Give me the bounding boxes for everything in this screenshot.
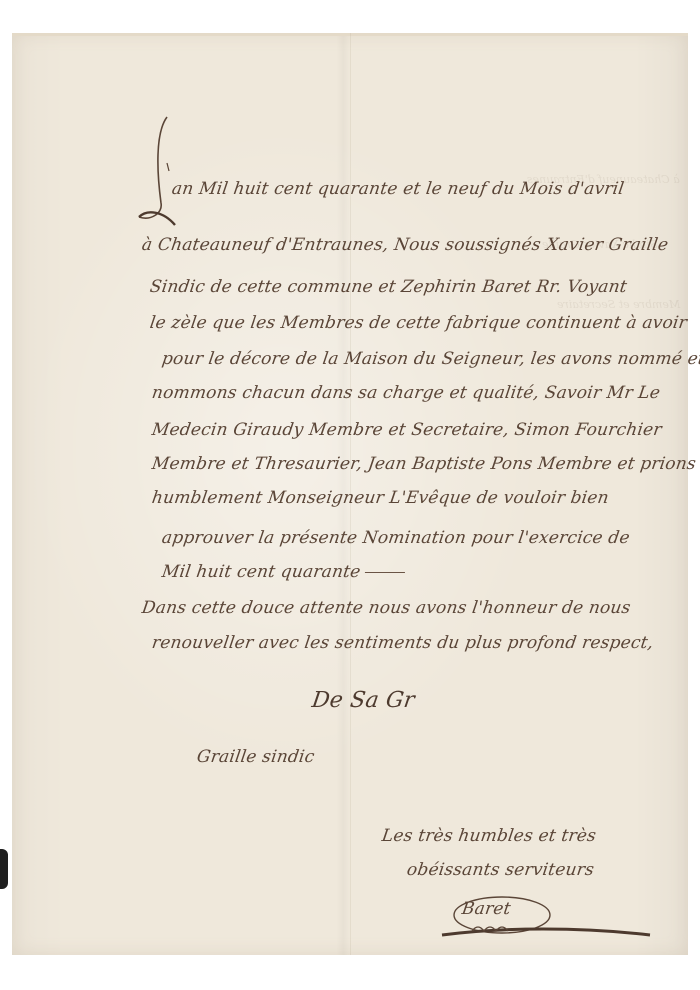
body-line-11-text: Mil huit cent quarante (161, 562, 362, 582)
body-line-2: à Chateauneuf d'Entraunes, Nous soussign… (141, 235, 670, 255)
left-signature: Graille sindic (196, 747, 316, 767)
body-line-7: Medecin Giraudy Membre et Secretaire, Si… (151, 420, 663, 440)
drop-cap-flourish-icon (137, 113, 177, 233)
salutation: De Sa Gr (310, 688, 416, 713)
right-closing-line-2: obéissants serviteurs (406, 860, 596, 880)
bleed-through-text: Membre et Secretaire (557, 298, 680, 311)
line-end-dash (364, 572, 404, 573)
body-line-10: approuver la présente Nomination pour l'… (161, 528, 632, 548)
body-line-8: Membre et Thresaurier, Jean Baptiste Pon… (151, 454, 698, 474)
scan-stain (0, 849, 8, 889)
right-signature: Baret (461, 899, 512, 919)
body-line-5: pour le décore de la Maison du Seigneur,… (161, 349, 700, 369)
closing-line-2: renouveller avec les sentiments du plus … (151, 633, 655, 653)
body-line-11: Mil huit cent quarante (161, 562, 406, 582)
body-line-9: humblement Monseigneur L'Evêque de voulo… (151, 488, 611, 508)
body-line-1: an Mil huit cent quarante et le neuf du … (171, 179, 626, 199)
body-line-4: le zèle que les Membres de cette fabriqu… (149, 313, 689, 333)
body-line-3: Sindic de cette commune et Zephirin Bare… (149, 277, 629, 297)
closing-line-1: Dans cette douce attente nous avons l'ho… (141, 598, 632, 618)
document-page: à Chateauneuf d'Entraunes Sindic Xavier … (12, 33, 688, 955)
body-line-6: nommons chacun dans sa charge et qualité… (151, 383, 662, 403)
signature-flourish-icon (422, 891, 652, 943)
right-closing-line-1: Les très humbles et très (381, 826, 598, 846)
